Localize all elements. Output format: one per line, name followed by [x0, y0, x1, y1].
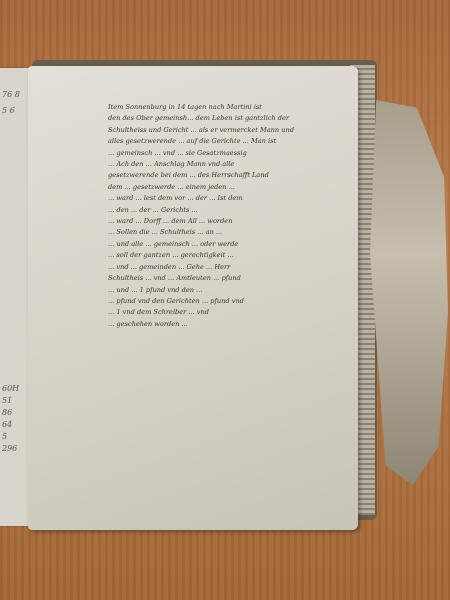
text-line: ... vnd ... gemeinden ... Gehe ... Herr: [108, 262, 333, 273]
text-line: ... Ach den ... Anschlag Mann vnd alle: [108, 159, 333, 170]
margin-note: 51: [2, 396, 12, 405]
text-line: ... 1 vnd dem Schreiber ... vnd: [108, 307, 333, 318]
text-line: ... soll der gantzen ... gerechtigkeit .…: [108, 250, 333, 261]
text-line: ... geschehen worden ...: [108, 319, 333, 330]
text-line: ... und alle ... gemeinsch ... oder werd…: [108, 239, 333, 250]
text-line: gesetzwerende bei dem ... des Herrschaff…: [108, 170, 333, 181]
text-line: Schultheiss und Gericht ... als er verme…: [108, 125, 333, 136]
text-line: ... und ... 1 pfund vnd den ...: [108, 285, 333, 296]
handwritten-text: Item Sonnenburg in 14 tagen nach Martini…: [108, 102, 333, 330]
margin-note: 5 6: [2, 106, 15, 115]
text-line: Item Sonnenburg in 14 tagen nach Martini…: [108, 102, 333, 113]
text-line: dem ... gesetzwerde ... einem jeden ...: [108, 182, 333, 193]
text-line: alles gesetzwerende ... auf die Gerichte…: [108, 136, 333, 147]
margin-note: 60H: [2, 384, 19, 393]
text-line: ... pfund vnd den Gerichten ... pfund vn…: [108, 296, 333, 307]
text-line: Schultheis ... vnd ... Amtleuten ... pfu…: [108, 273, 333, 284]
margin-note: 5: [2, 432, 7, 441]
text-line: ... ward ... Dorff ... dem All ... worde…: [108, 216, 333, 227]
margin-note: 76 8: [2, 90, 20, 99]
text-line: ... den ... der ... Gerichts ...: [108, 205, 333, 216]
text-line: ... gemeinsch ... vnd ... sie Gesatzmaes…: [108, 148, 333, 159]
margin-note: 296: [2, 444, 17, 453]
text-line: den des Ober gemeinsh... dem Leben ist g…: [108, 113, 333, 124]
margin-note: 64: [2, 420, 12, 429]
text-line: ... Sollen die ... Schultheis ... an ...: [108, 227, 333, 238]
text-line: ... ward ... lest dem vor ... der ... Is…: [108, 193, 333, 204]
margin-note: 86: [2, 408, 12, 417]
